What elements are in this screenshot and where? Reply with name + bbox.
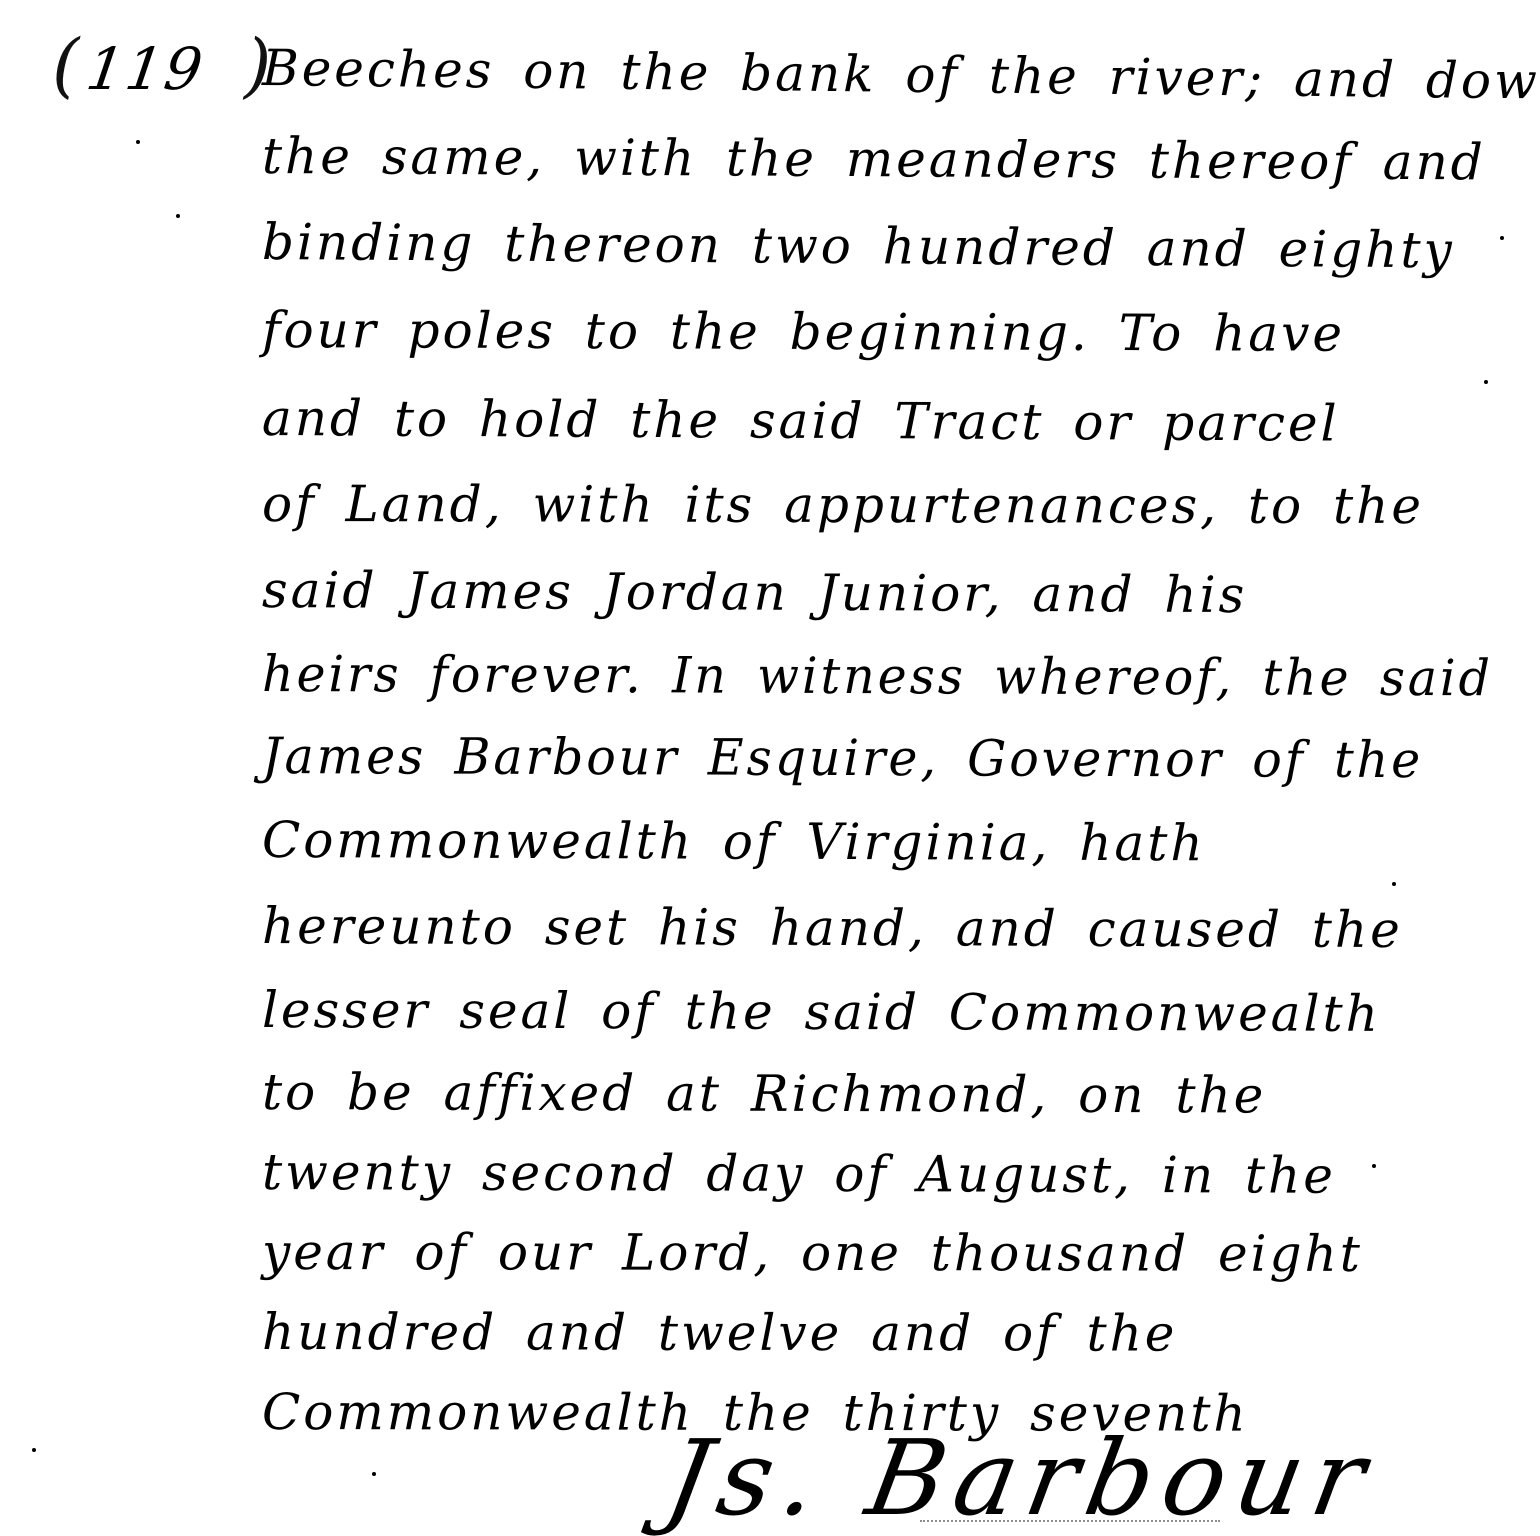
text-line-6: of Land, with its appurtenances, to the	[262, 474, 1424, 536]
text-line-12: lesser seal of the said Commonwealth	[262, 980, 1381, 1044]
text-line-15: year of our Lord, one thousand eight	[262, 1222, 1363, 1284]
folio-number-text: 119	[82, 34, 209, 104]
text-line-7: said James Jordan Junior, and his	[262, 560, 1248, 625]
signature-flourish	[920, 1520, 1220, 1536]
text-line-13: to be affixed at Richmond, on the	[262, 1062, 1267, 1126]
text-line-1: Beeches on the bank of the river; and do…	[262, 38, 1540, 112]
ink-speck	[176, 214, 180, 218]
text-line-2: the same, with the meanders thereof and	[262, 126, 1486, 192]
ink-speck	[1392, 882, 1396, 886]
signature: Js. Barbour	[658, 1420, 1384, 1536]
ink-speck	[32, 1448, 36, 1452]
ink-speck	[1372, 1164, 1376, 1168]
folio-number: (119)	[52, 30, 273, 104]
text-line-10: Commonwealth of Virginia, hath	[262, 810, 1206, 873]
text-line-8: heirs forever. In witness whereof, the s…	[262, 644, 1493, 708]
ink-speck	[372, 1472, 376, 1476]
folio-open-paren: (	[52, 24, 81, 106]
text-line-9: James Barbour Esquire, Governor of the	[262, 726, 1423, 790]
text-line-11: hereunto set his hand, and caused the	[262, 896, 1403, 960]
manuscript-page: (119) Beeches on the bank of the river; …	[0, 0, 1540, 1536]
ink-speck	[136, 140, 140, 144]
ink-speck	[1484, 380, 1488, 384]
text-line-16: hundred and twelve and of the	[262, 1302, 1178, 1364]
text-line-5: and to hold the said Tract or parcel	[262, 388, 1340, 454]
text-line-3: binding thereon two hundred and eighty	[262, 212, 1455, 280]
text-line-14: twenty second day of August, in the	[262, 1142, 1336, 1206]
text-line-4: four poles to the beginning. To have	[262, 300, 1345, 364]
ink-speck	[1500, 236, 1504, 240]
